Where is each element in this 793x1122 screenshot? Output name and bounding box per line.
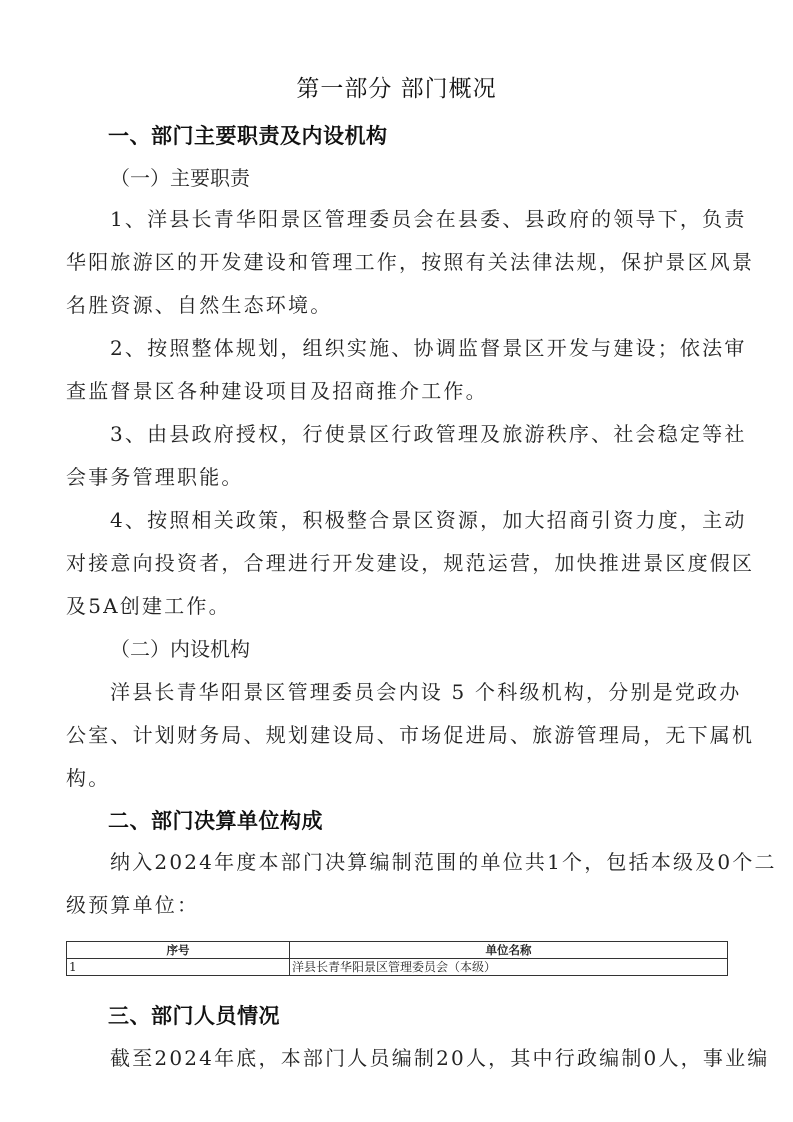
- duty-4-line-3: 及5A创建工作。: [66, 590, 231, 619]
- column-header-unit-name: 单位名称: [290, 942, 728, 959]
- section-heading-unit-composition: 二、部门决算单位构成: [108, 805, 323, 835]
- cell-serial: 1: [67, 959, 290, 976]
- column-header-serial: 序号: [67, 942, 290, 959]
- structure-line-2: 公室、计划财务局、规划建设局、市场促进局、旅游管理局，无下属机: [66, 719, 754, 748]
- duty-1-line-1: 1、洋县长青华阳景区管理委员会在县委、县政府的领导下，负责: [110, 203, 747, 232]
- duty-1-line-2: 华阳旅游区的开发建设和管理工作，按照有关法律法规，保护景区风景: [66, 246, 754, 275]
- table-row: 1 洋县长青华阳景区管理委员会（本级）: [67, 959, 728, 976]
- duty-4-line-2: 对接意向投资者，合理进行开发建设，规范运营，加快推进景区度假区: [66, 547, 754, 576]
- budget-units-table: 序号 单位名称 1 洋县长青华阳景区管理委员会（本级）: [66, 941, 728, 976]
- structure-line-1: 洋县长青华阳景区管理委员会内设 5 个科级机构，分别是党政办: [110, 676, 741, 705]
- table-header-row: 序号 单位名称: [67, 942, 728, 959]
- composition-line-1: 纳入2024年度本部门决算编制范围的单位共1个，包括本级及0个二: [110, 846, 777, 875]
- duty-3-line-2: 会事务管理职能。: [66, 461, 244, 490]
- structure-line-3: 构。: [66, 762, 110, 791]
- duty-4-line-1: 4、按照相关政策，积极整合景区资源，加大招商引资力度，主动: [110, 504, 747, 533]
- composition-line-2: 级预算单位：: [66, 889, 199, 918]
- section-heading-responsibilities: 一、部门主要职责及内设机构: [108, 120, 388, 150]
- document-page: 第一部分 部门概况 一、部门主要职责及内设机构 （一）主要职责 1、洋县长青华阳…: [0, 0, 793, 1122]
- duty-3-line-1: 3、由县政府授权，行使景区行政管理及旅游秩序、社会稳定等社: [110, 418, 747, 447]
- page-title: 第一部分 部门概况: [0, 70, 793, 103]
- duty-1-line-3: 名胜资源、自然生态环境。: [66, 289, 332, 318]
- cell-unit-name: 洋县长青华阳景区管理委员会（本级）: [290, 959, 728, 976]
- personnel-line-1: 截至2024年底，本部门人员编制20人，其中行政编制0人，事业编: [110, 1042, 769, 1071]
- section-heading-personnel: 三、部门人员情况: [108, 1000, 280, 1030]
- subsection-heading-internal-structure: （二）内设机构: [110, 633, 250, 662]
- duty-2-line-2: 查监督景区各种建设项目及招商推介工作。: [66, 375, 488, 404]
- duty-2-line-1: 2、按照整体规划，组织实施、协调监督景区开发与建设；依法审: [110, 332, 747, 361]
- subsection-heading-main-duties: （一）主要职责: [110, 162, 250, 191]
